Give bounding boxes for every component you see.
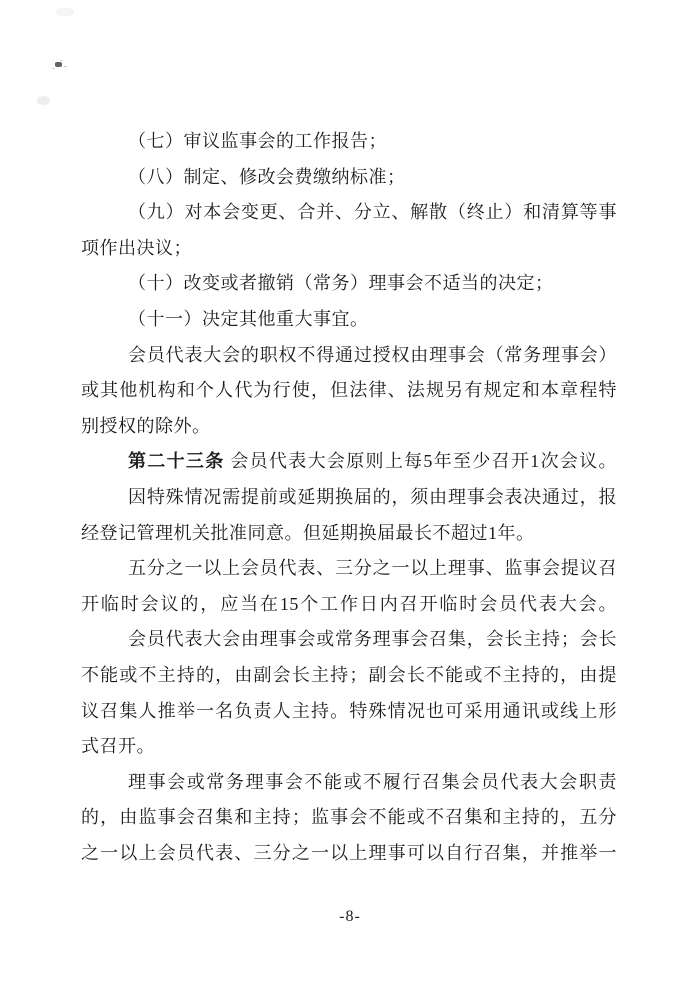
- document-page: （七）审议监事会的工作报告；（八）制定、修改会费缴纳标准；（九）对本会变更、合并…: [0, 0, 700, 990]
- text-segment: 式召开。: [81, 736, 155, 756]
- text-segment: 的，由监事会召集和主持；监事会不能或不召集和主持的，五分: [81, 807, 617, 827]
- text-line: 别授权的除外。: [81, 409, 617, 445]
- text-segment: 经登记管理机关批准同意。但延期换届最长不超过1年。: [81, 523, 535, 543]
- text-line: 不能或不主持的，由副会长主持；副会长不能或不主持的，由提: [81, 658, 617, 694]
- text-line: 会员代表大会的职权不得通过授权由理事会（常务理事会）: [81, 338, 617, 374]
- text-line: 因特殊情况需提前或延期换届的，须由理事会表决通过，报: [81, 480, 617, 516]
- text-line: 议召集人推举一名负责人主持。特殊情况也可采用通讯或线上形: [81, 694, 617, 730]
- text-line: 第二十三条 会员代表大会原则上每5年至少召开1次会议。: [81, 444, 617, 480]
- text-segment: 开临时会议的，应当在15个工作日内召开临时会员代表大会。: [81, 594, 617, 614]
- text-line: 会员代表大会由理事会或常务理事会召集，会长主持；会长: [81, 622, 617, 658]
- text-segment: 别授权的除外。: [81, 416, 211, 436]
- text-segment: 或其他机构和个人代为行使，但法律、法规另有规定和本章程特: [81, 380, 617, 400]
- text-segment: 不能或不主持的，由副会长主持；副会长不能或不主持的，由提: [81, 665, 617, 685]
- text-line: 理事会或常务理事会不能或不履行召集会员代表大会职责: [81, 765, 617, 801]
- text-segment: 之一以上会员代表、三分之一以上理事可以自行召集，并推举一: [81, 843, 617, 863]
- scan-smudge: [56, 8, 74, 16]
- scan-speck: [37, 96, 50, 105]
- document-body: （七）审议监事会的工作报告；（八）制定、修改会费缴纳标准；（九）对本会变更、合并…: [81, 124, 617, 871]
- text-segment: （十）改变或者撤销（常务）理事会不适当的决定；: [128, 273, 554, 293]
- text-segment: 五分之一以上会员代表、三分之一以上理事、监事会提议召: [128, 558, 617, 578]
- text-segment: （九）对本会变更、合并、分立、解散（终止）和清算等事: [128, 202, 617, 222]
- text-segment: （八）制定、修改会费缴纳标准；: [128, 167, 406, 187]
- text-line: 项作出决议；: [81, 231, 617, 267]
- text-line: （九）对本会变更、合并、分立、解散（终止）和清算等事: [81, 195, 617, 231]
- scan-speck: [55, 62, 62, 67]
- text-segment: 项作出决议；: [81, 238, 192, 258]
- text-segment: 议召集人推举一名负责人主持。特殊情况也可采用通讯或线上形: [81, 701, 617, 721]
- text-line: 式召开。: [81, 729, 617, 765]
- text-line: （十）改变或者撤销（常务）理事会不适当的决定；: [81, 266, 617, 302]
- text-segment: 会员代表大会原则上每5年至少召开1次会议。: [225, 451, 617, 471]
- text-line: 开临时会议的，应当在15个工作日内召开临时会员代表大会。: [81, 587, 617, 623]
- text-line: 五分之一以上会员代表、三分之一以上理事、监事会提议召: [81, 551, 617, 587]
- page-number: -8-: [0, 908, 700, 926]
- text-line: （十一）决定其他重大事宜。: [81, 302, 617, 338]
- text-line: 或其他机构和个人代为行使，但法律、法规另有规定和本章程特: [81, 373, 617, 409]
- text-segment: 会员代表大会的职权不得通过授权由理事会（常务理事会）: [128, 345, 617, 365]
- text-line: （七）审议监事会的工作报告；: [81, 124, 617, 160]
- text-segment: （七）审议监事会的工作报告；: [128, 131, 387, 151]
- article-number-label: 第二十三条: [128, 451, 225, 471]
- text-segment: 因特殊情况需提前或延期换届的，须由理事会表决通过，报: [128, 487, 617, 507]
- text-segment: 理事会或常务理事会不能或不履行召集会员代表大会职责: [128, 772, 617, 792]
- text-line: 的，由监事会召集和主持；监事会不能或不召集和主持的，五分: [81, 800, 617, 836]
- text-segment: （十一）决定其他重大事宜。: [128, 309, 369, 329]
- text-segment: 会员代表大会由理事会或常务理事会召集，会长主持；会长: [128, 629, 617, 649]
- text-line: （八）制定、修改会费缴纳标准；: [81, 160, 617, 196]
- text-line: 经登记管理机关批准同意。但延期换届最长不超过1年。: [81, 516, 617, 552]
- text-line: 之一以上会员代表、三分之一以上理事可以自行召集，并推举一: [81, 836, 617, 872]
